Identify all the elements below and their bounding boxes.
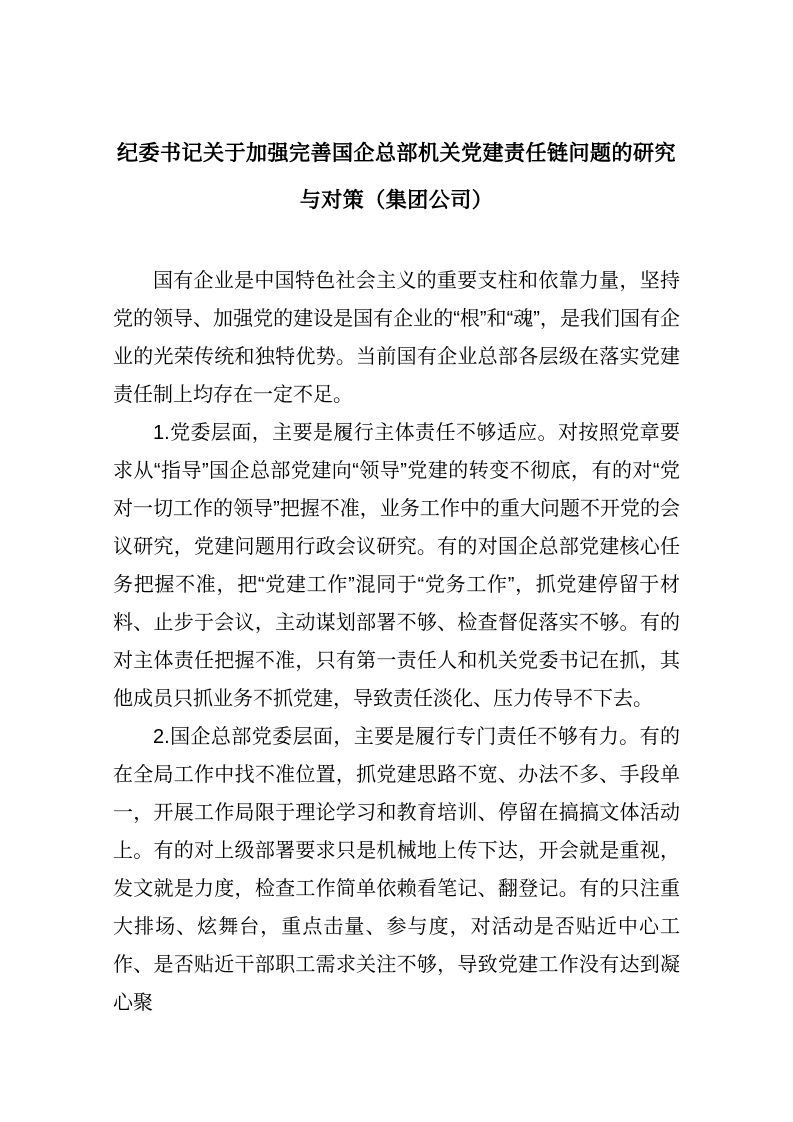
body-paragraph: 国有企业是中国特色社会主义的重要支柱和依靠力量，坚持党的领导、加强党的建设是国有… xyxy=(113,262,680,414)
document-body: 国有企业是中国特色社会主义的重要支柱和依靠力量，坚持党的领导、加强党的建设是国有… xyxy=(113,262,680,1022)
page-title: 纪委书记关于加强完善国企总部机关党建责任链问题的研究与对策（集团公司） xyxy=(113,0,680,224)
body-paragraph: 2.国企总部党委层面，主要是履行专门责任不够有力。有的在全局工作中找不准位置，抓… xyxy=(113,718,680,1022)
document-page: 纪委书记关于加强完善国企总部机关党建责任链问题的研究与对策（集团公司） 国有企业… xyxy=(0,0,793,1122)
body-paragraph: 1.党委层面，主要是履行主体责任不够适应。对按照党章要求从“指导”国企总部党建向… xyxy=(113,414,680,718)
